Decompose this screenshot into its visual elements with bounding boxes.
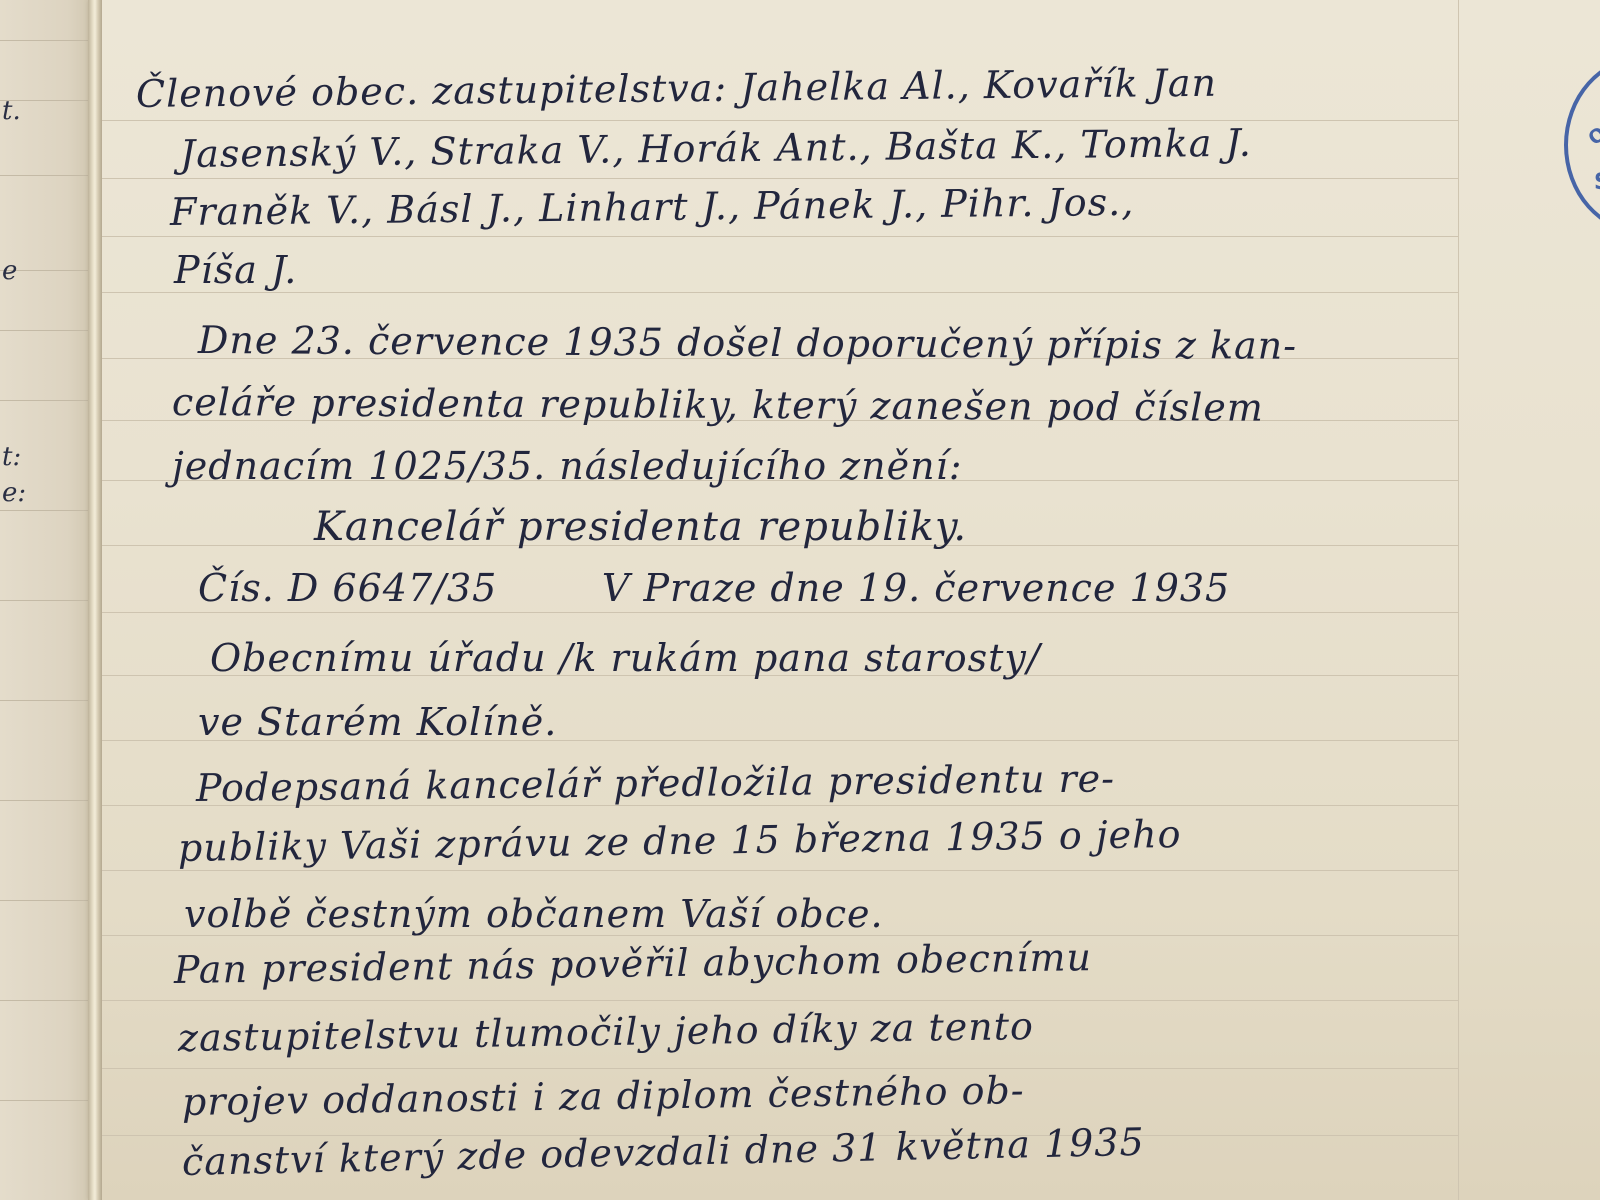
facing-left-page: t. e t: e: — [0, 0, 96, 1200]
handwritten-line: Dne 23. července 1935 došel doporučený p… — [198, 318, 1297, 368]
handwritten-line: volbě čestným občanem Vaší obce. — [184, 892, 884, 936]
handwritten-line: Franěk V., Básl J., Linhart J., Pánek J.… — [170, 180, 1135, 234]
handwritten-line: Podepsaná kancelář předložila presidentu… — [196, 756, 1115, 810]
left-page-fragment: e — [2, 256, 17, 286]
handwritten-line: Jasenský V., Straka V., Horák Ant., Bašt… — [180, 121, 1252, 176]
handwritten-line: celáře presidenta republiky, který zaneš… — [172, 380, 1264, 430]
left-page-fragment: t: — [2, 442, 21, 472]
handwritten-line: čanství který zde odevzdali dne 31 květn… — [182, 1120, 1146, 1184]
handwritten-line: publiky Vaši zprávu ze dne 15 března 193… — [178, 812, 1182, 870]
handwritten-line: Píša J. — [174, 248, 297, 292]
handwritten-line: zastupitelstvu tlumočily jeho díky za te… — [178, 1004, 1034, 1060]
stamp-text: STAR — [1594, 170, 1600, 195]
handwritten-line: jednacím 1025/35. následujícího znění: — [172, 444, 963, 488]
handwritten-line: projev oddanosti i za diplom čestného ob… — [182, 1068, 1025, 1124]
stamp-text: OBECNÍ Ú — [1584, 64, 1600, 150]
document-page: 12 OBECNÍ Ú V STAR KOLÍ Členové obec. za… — [102, 0, 1600, 1200]
municipal-office-stamp: OBECNÍ Ú V STAR KOLÍ — [1564, 56, 1600, 234]
handwritten-line: Pan president nás pověřil abychom obecní… — [174, 935, 1093, 992]
handwritten-line: Obecnímu úřadu /k rukám pana starosty/ — [210, 636, 1041, 680]
binding-thread — [88, 0, 102, 1200]
handwritten-line: Čís. D 6647/35 V Praze dne 19. července … — [198, 566, 1230, 610]
margin-line — [1458, 0, 1459, 1200]
handwritten-line: ve Starém Kolíně. — [198, 700, 557, 744]
left-page-fragment: t. — [2, 96, 21, 126]
handwritten-heading: Kancelář presidenta republiky. — [314, 504, 967, 550]
left-page-fragment: e: — [2, 478, 26, 508]
handwritten-line: Členové obec. zastupitelstva: Jahelka Al… — [136, 61, 1217, 116]
